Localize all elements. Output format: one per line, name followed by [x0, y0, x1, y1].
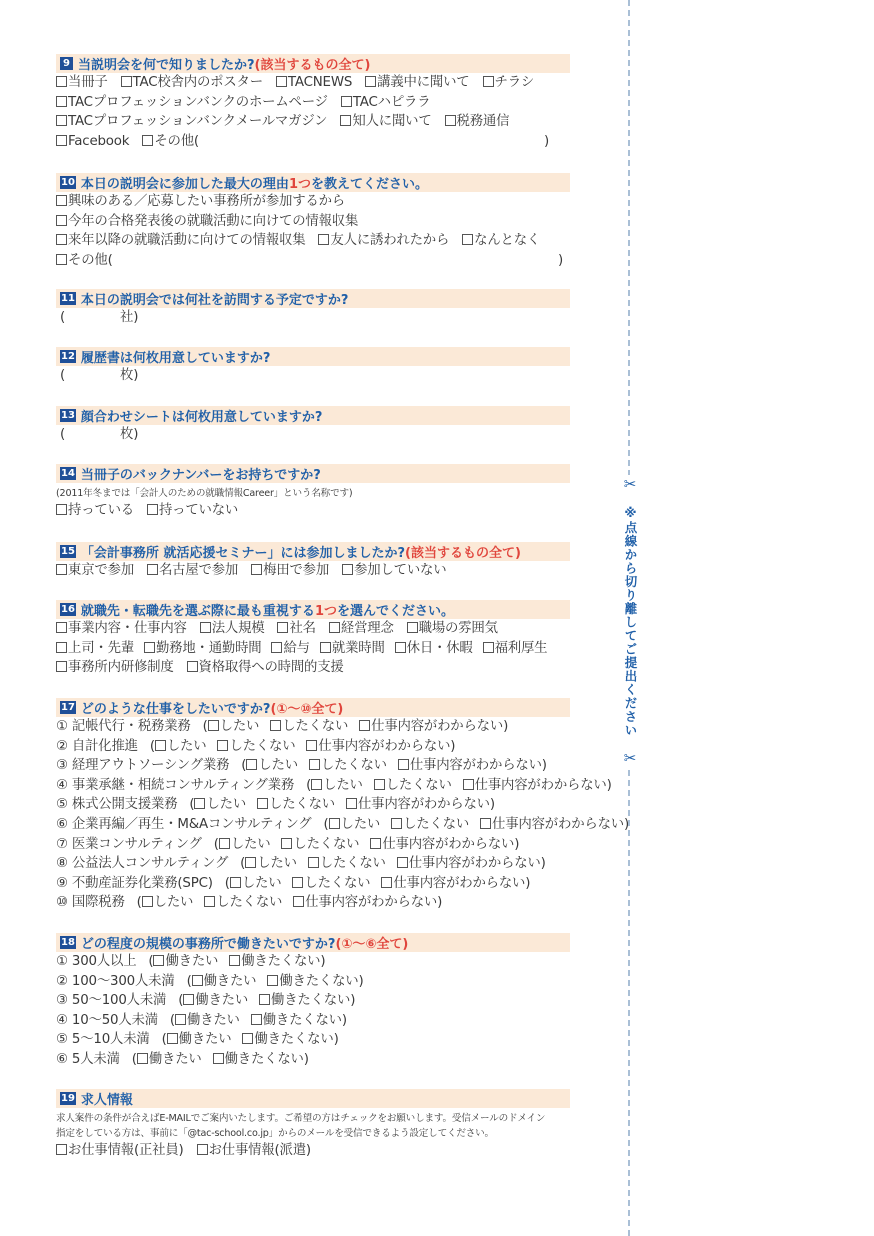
checkbox-option[interactable]: 仕事内容がわからない — [381, 876, 525, 891]
checkbox[interactable] — [56, 234, 67, 245]
question-title: 当説明会を何で知りましたか? — [78, 54, 255, 73]
checkbox[interactable] — [270, 720, 281, 731]
checkbox[interactable] — [318, 234, 329, 245]
checkbox-option[interactable]: 仕事内容がわからない — [293, 895, 437, 910]
checkbox-option[interactable]: したくない — [217, 739, 295, 754]
checkbox-option[interactable]: 仕事内容がわからない — [463, 778, 607, 793]
checkbox[interactable] — [142, 896, 153, 907]
checkbox[interactable] — [463, 779, 474, 790]
question-note: (2011年冬までは「会計人のための就職情報Career」という名称です) — [56, 486, 570, 501]
checkbox-option[interactable]: 就業時間 — [320, 641, 385, 656]
question-title-end: を教えてください。 — [311, 173, 428, 192]
checkbox-option[interactable]: 働きたくない — [267, 974, 358, 989]
question-number: 14 — [60, 467, 76, 480]
checkbox[interactable] — [56, 195, 67, 206]
checkbox-option[interactable]: 参加していない — [342, 563, 446, 578]
option-row: その他( ) — [56, 251, 570, 271]
rating-row: ⑧ 公益法人コンサルティング(したいしたくない仕事内容がわからない) — [56, 854, 570, 874]
checkbox[interactable] — [292, 877, 303, 888]
item-mark: ⑥ — [56, 817, 68, 832]
checkbox-option[interactable]: 来年以降の就職活動に向けての情報収集 — [56, 233, 305, 248]
item-mark: ⑦ — [56, 837, 68, 852]
item-label: 事業承継・相続コンサルティング業務 — [72, 778, 294, 793]
rating-row: ② 100〜300人未満(働きたい働きたくない) — [56, 972, 570, 992]
item-label: 株式公開支援業務 — [72, 797, 178, 812]
option-row: 興味のある／応募したい事務所が参加するから — [56, 192, 570, 212]
checkbox[interactable] — [219, 838, 230, 849]
checkbox[interactable] — [147, 564, 158, 575]
rating-row: ④ 10〜50人未満(働きたい働きたくない) — [56, 1011, 570, 1031]
checkbox[interactable] — [142, 135, 153, 146]
question-title: 顔合わせシートは何枚用意していますか? — [81, 406, 323, 425]
checkbox-option[interactable]: なんとなく — [462, 233, 540, 248]
checkbox[interactable] — [480, 818, 491, 829]
answer-field[interactable]: ( 社) — [56, 308, 570, 328]
rating-rows: ① 300人以上(働きたい働きたくない)② 100〜300人未満(働きたい働きた… — [56, 952, 570, 1070]
question-header: 11 本日の説明会では何社を訪問する予定ですか? — [56, 289, 570, 308]
checkbox-option[interactable]: 持っていない — [147, 503, 238, 518]
checkbox[interactable] — [144, 642, 155, 653]
question-13: 13 顔合わせシートは何枚用意していますか? ( 枚) — [56, 406, 570, 445]
question-number: 16 — [60, 603, 76, 616]
item-mark: ⑤ — [56, 797, 68, 812]
checkbox[interactable] — [187, 661, 198, 672]
checkbox-option[interactable]: したくない — [204, 895, 282, 910]
question-number: 9 — [60, 57, 73, 70]
question-title-emphasis: 1つ — [315, 600, 337, 619]
item-label: 100〜300人未満 — [72, 974, 175, 989]
checkbox[interactable] — [267, 975, 278, 986]
checkbox-option[interactable]: したくない — [292, 876, 370, 891]
scissors-icon: ✂ — [619, 475, 641, 493]
checkbox-option[interactable]: 休日・休暇 — [395, 641, 473, 656]
checkbox-option[interactable]: 仕事内容がわからない — [480, 817, 624, 832]
checkbox[interactable] — [483, 76, 494, 87]
checkbox-option[interactable]: 働きたくない — [251, 1013, 342, 1028]
checkbox[interactable] — [340, 115, 351, 126]
checkbox-option[interactable]: 働きたくない — [229, 954, 320, 969]
option-row: TACプロフェッションバンクのホームページTACハピララ — [56, 93, 570, 113]
checkbox-option[interactable]: 仕事内容がわからない — [398, 758, 542, 773]
question-note: 求人案件の条件が合えばE-MAILでご案内いたします。ご希望の方はチェックをお願… — [56, 1111, 570, 1126]
checkbox-option[interactable]: TACハピララ — [341, 95, 431, 110]
question-10: 10 本日の説明会に参加した最大の理由1つを教えてください。 興味のある／応募し… — [56, 173, 570, 270]
item-label: 医業コンサルティング — [72, 837, 202, 852]
checkbox-option[interactable]: したい — [245, 856, 297, 871]
checkbox-option[interactable]: 働きたくない — [213, 1052, 304, 1067]
question-header: 16 就職先・転職先を選ぶ際に最も重視する1つを選んでください。 — [56, 600, 570, 619]
checkbox[interactable] — [320, 642, 331, 653]
option-row: 今年の合格発表後の就職活動に向けての情報収集 — [56, 212, 570, 232]
checkbox-option[interactable]: 仕事内容がわからない — [346, 797, 490, 812]
checkbox-option[interactable]: 働きたい — [167, 1032, 232, 1047]
checkbox-option[interactable]: 知人に聞いて — [340, 114, 431, 129]
checkbox[interactable] — [56, 115, 67, 126]
question-header: 12 履歴書は何枚用意していますか? — [56, 347, 570, 366]
checkbox[interactable] — [200, 622, 211, 633]
question-15: 15 「会計事務所 就活応援セミナー」には参加しましたか? (該当するもの全て)… — [56, 542, 570, 581]
checkbox[interactable] — [192, 975, 203, 986]
checkbox-option[interactable]: 講義中に聞いて — [365, 75, 469, 90]
checkbox-option[interactable]: 東京で参加 — [56, 563, 134, 578]
checkbox-option[interactable]: 仕事内容がわからない — [306, 739, 450, 754]
checkbox-option[interactable]: したい — [208, 719, 260, 734]
item-mark: ⑩ — [56, 895, 68, 910]
checkbox-option[interactable]: 事業内容・仕事内容 — [56, 621, 187, 636]
checkbox[interactable] — [329, 622, 340, 633]
rating-row: ③ 経理アウトソーシング業務(したいしたくない仕事内容がわからない) — [56, 756, 570, 776]
checkbox[interactable] — [329, 818, 340, 829]
option-row: 持っている持っていない — [56, 501, 570, 521]
checkbox-option[interactable]: したい — [311, 778, 363, 793]
question-title-emphasis: 1つ — [289, 173, 311, 192]
rating-row: ⑩ 国際税務(したいしたくない仕事内容がわからない) — [56, 893, 570, 913]
question-number: 18 — [60, 936, 76, 949]
rating-row: ⑥ 企業再編／再生・M&Aコンサルティング(したいしたくない仕事内容がわからない… — [56, 815, 570, 835]
checkbox[interactable] — [147, 504, 158, 515]
checkbox[interactable] — [56, 622, 67, 633]
cut-instruction: ✂ ※点線から切り離してご提出ください ✂ — [619, 475, 641, 767]
question-11: 11 本日の説明会では何社を訪問する予定ですか? ( 社) — [56, 289, 570, 328]
checkbox-option[interactable]: 福利厚生 — [483, 641, 548, 656]
checkbox-option[interactable]: Facebook — [56, 134, 129, 149]
option-row: Facebookその他( ) — [56, 132, 570, 152]
checkbox-option[interactable]: 社名 — [277, 621, 315, 636]
item-label: 経理アウトソーシング業務 — [72, 758, 229, 773]
question-number: 13 — [60, 409, 76, 422]
checkbox[interactable] — [271, 642, 282, 653]
checkbox-option[interactable]: したくない — [391, 817, 469, 832]
question-header: 9 当説明会を何で知りましたか? (該当するもの全て) — [56, 54, 570, 73]
checkbox[interactable] — [374, 779, 385, 790]
question-note: (該当するもの全て) — [255, 54, 371, 73]
item-label: 企業再編／再生・M&Aコンサルティング — [72, 817, 312, 832]
question-header: 10 本日の説明会に参加した最大の理由1つを教えてください。 — [56, 173, 570, 192]
question-header: 13 顔合わせシートは何枚用意していますか? — [56, 406, 570, 425]
checkbox[interactable] — [121, 76, 132, 87]
checkbox-option[interactable]: 上司・先輩 — [56, 641, 134, 656]
question-19: 19 求人情報 求人案件の条件が合えばE-MAILでご案内いたします。ご希望の方… — [56, 1089, 570, 1161]
option-row: 上司・先輩勤務地・通勤時間給与就業時間休日・休暇福利厚生 — [56, 639, 570, 659]
rating-row: ③ 50〜100人未満(働きたい働きたくない) — [56, 991, 570, 1011]
checkbox[interactable] — [251, 1014, 262, 1025]
checkbox-option[interactable]: TACNEWS — [276, 75, 352, 90]
checkbox-option[interactable]: 職場の雰囲気 — [407, 621, 498, 636]
item-mark: ② — [56, 739, 68, 754]
checkbox-option[interactable]: チラシ — [483, 75, 535, 90]
checkbox-option[interactable]: 働きたくない — [242, 1032, 333, 1047]
checkbox-option[interactable]: したい — [230, 876, 282, 891]
checkbox[interactable] — [183, 994, 194, 1005]
checkbox[interactable] — [251, 564, 262, 575]
cut-instruction-text: ※点線から切り離してご提出ください — [619, 505, 641, 737]
option-row: 来年以降の就職活動に向けての情報収集友人に誘われたからなんとなく — [56, 231, 570, 251]
checkbox[interactable] — [308, 857, 319, 868]
item-mark: ⑥ — [56, 1052, 68, 1067]
item-mark: ① — [56, 719, 68, 734]
checkbox[interactable] — [137, 1053, 148, 1064]
checkbox[interactable] — [391, 818, 402, 829]
question-header: 17 どのような仕事をしたいですか? (①〜⑩全て) — [56, 698, 570, 717]
checkbox[interactable] — [230, 877, 241, 888]
checkbox[interactable] — [56, 96, 67, 107]
item-mark: ③ — [56, 993, 68, 1008]
question-header: 14 当冊子のバックナンバーをお持ちですか? — [56, 464, 570, 483]
checkbox-option[interactable]: 働きたい — [175, 1013, 240, 1028]
question-number: 11 — [60, 292, 76, 305]
checkbox[interactable] — [56, 504, 67, 515]
rating-row: ① 記帳代行・税務業務(したいしたくない仕事内容がわからない) — [56, 717, 570, 737]
item-mark: ⑤ — [56, 1032, 68, 1047]
rating-row: ⑨ 不動産証券化業務(SPC)(したいしたくない仕事内容がわからない) — [56, 874, 570, 894]
checkbox-option[interactable]: 今年の合格発表後の就職活動に向けての情報収集 — [56, 214, 358, 229]
item-label: 10〜50人未満 — [72, 1013, 158, 1028]
checkbox-option[interactable]: 仕事内容がわからない — [370, 837, 514, 852]
checkbox-option[interactable]: お仕事情報(派遣) — [197, 1143, 311, 1158]
item-mark: ④ — [56, 1013, 68, 1028]
item-label: 5〜10人未満 — [72, 1032, 150, 1047]
checkbox-option[interactable]: したい — [142, 895, 194, 910]
option-row: 東京で参加名古屋で参加梅田で参加参加していない — [56, 561, 570, 581]
question-note: 指定をしている方は、事前に「@tac-school.co.jp」からのメールを受… — [56, 1126, 570, 1141]
question-title-end: を選んでください。 — [337, 600, 454, 619]
checkbox-option[interactable]: 勤務地・通勤時間 — [144, 641, 262, 656]
question-title: 本日の説明会に参加した最大の理由 — [81, 173, 289, 192]
checkbox[interactable] — [197, 1144, 208, 1155]
checkbox-option[interactable]: 友人に誘われたから — [318, 233, 449, 248]
question-header: 19 求人情報 — [56, 1089, 570, 1108]
checkbox-option[interactable]: したくない — [281, 837, 359, 852]
option-row: TACプロフェッションバンクメールマガジン知人に聞いて税務通信 — [56, 112, 570, 132]
checkbox-option[interactable]: 仕事内容がわからない — [397, 856, 541, 871]
rating-row: ⑤ 5〜10人未満(働きたい働きたくない) — [56, 1030, 570, 1050]
item-mark: ⑧ — [56, 856, 68, 871]
checkbox-option[interactable]: 税務通信 — [445, 114, 510, 129]
checkbox[interactable] — [229, 955, 240, 966]
checkbox[interactable] — [175, 1014, 186, 1025]
other-close-paren: ) — [544, 132, 549, 152]
checkbox-option[interactable]: 働きたい — [183, 993, 248, 1008]
item-label: 不動産証券化業務(SPC) — [72, 876, 213, 891]
question-title: 就職先・転職先を選ぶ際に最も重視する — [81, 600, 315, 619]
checkbox[interactable] — [306, 740, 317, 751]
checkbox-option[interactable]: TACプロフェッションバンクメールマガジン — [56, 114, 327, 129]
checkbox-option[interactable]: したくない — [309, 758, 387, 773]
checkbox[interactable] — [56, 1144, 67, 1155]
item-label: 国際税務 — [72, 895, 125, 910]
question-note: (該当するもの全て) — [405, 542, 521, 561]
question-note: (①〜⑩全て) — [270, 698, 343, 717]
checkbox-option[interactable]: 給与 — [271, 641, 309, 656]
question-title: 「会計事務所 就活応援セミナー」には参加しましたか? — [81, 542, 405, 561]
checkbox-option[interactable]: 名古屋で参加 — [147, 563, 238, 578]
item-label: 5人未満 — [72, 1052, 120, 1067]
checkbox[interactable] — [398, 759, 409, 770]
checkbox-option[interactable]: TACプロフェッションバンクのホームページ — [56, 95, 328, 110]
rating-row: ① 300人以上(働きたい働きたくない) — [56, 952, 570, 972]
option-row: お仕事情報(正社員)お仕事情報(派遣) — [56, 1141, 570, 1161]
item-mark: ② — [56, 974, 68, 989]
checkbox-option[interactable]: したくない — [308, 856, 386, 871]
checkbox[interactable] — [483, 642, 494, 653]
checkbox[interactable] — [445, 115, 456, 126]
checkbox[interactable] — [281, 838, 292, 849]
item-mark: ① — [56, 954, 68, 969]
rating-row: ⑦ 医業コンサルティング(したいしたくない仕事内容がわからない) — [56, 835, 570, 855]
checkbox-option[interactable]: 働きたくない — [259, 993, 350, 1008]
option-row: 事業内容・仕事内容法人規模社名経営理念職場の雰囲気 — [56, 619, 570, 639]
checkbox[interactable] — [309, 759, 320, 770]
question-title: どのような仕事をしたいですか? — [81, 698, 271, 717]
item-mark: ④ — [56, 778, 68, 793]
checkbox-option[interactable]: 資格取得への時間的支援 — [187, 660, 344, 675]
checkbox-option[interactable]: したくない — [374, 778, 452, 793]
checkbox-option[interactable]: 働きたい — [137, 1052, 202, 1067]
checkbox[interactable] — [407, 622, 418, 633]
question-number: 12 — [60, 350, 76, 363]
checkbox-option[interactable]: TAC校舎内のポスター — [121, 75, 263, 90]
checkbox-option[interactable]: したくない — [257, 797, 335, 812]
option-row: 当冊子TAC校舎内のポスターTACNEWS講義中に聞いてチラシ — [56, 73, 570, 93]
checkbox-option[interactable]: 興味のある／応募したい事務所が参加するから — [56, 194, 345, 209]
checkbox-option[interactable]: 経営理念 — [329, 621, 394, 636]
checkbox[interactable] — [397, 857, 408, 868]
question-number: 17 — [60, 701, 76, 714]
checkbox[interactable] — [346, 798, 357, 809]
checkbox-option[interactable]: 事務所内研修制度 — [56, 660, 174, 675]
question-16: 16 就職先・転職先を選ぶ際に最も重視する1つを選んでください。 事業内容・仕事… — [56, 600, 570, 678]
checkbox[interactable] — [365, 76, 376, 87]
question-note: (①〜⑥全て) — [335, 933, 408, 952]
question-9: 9 当説明会を何で知りましたか? (該当するもの全て) 当冊子TAC校舎内のポス… — [56, 54, 570, 151]
question-18: 18 どの程度の規模の事務所で働きたいですか? (①〜⑥全て) ① 300人以上… — [56, 933, 570, 1070]
checkbox-option[interactable]: 持っている — [56, 503, 134, 518]
rating-row: ② 自計化推進(したいしたくない仕事内容がわからない) — [56, 737, 570, 757]
item-label: 300人以上 — [72, 954, 137, 969]
question-number: 10 — [60, 176, 76, 189]
checkbox-option[interactable]: したい — [155, 739, 207, 754]
checkbox[interactable] — [204, 896, 215, 907]
scissors-icon: ✂ — [619, 749, 641, 767]
checkbox[interactable] — [56, 254, 67, 265]
checkbox[interactable] — [56, 135, 67, 146]
question-title: どの程度の規模の事務所で働きたいですか? — [81, 933, 336, 952]
checkbox-option[interactable]: したい — [329, 817, 381, 832]
item-label: 記帳代行・税務業務 — [72, 719, 191, 734]
checkbox[interactable] — [246, 759, 257, 770]
checkbox[interactable] — [277, 622, 288, 633]
checkbox-option[interactable]: 法人規模 — [200, 621, 265, 636]
answer-field[interactable]: ( 枚) — [56, 425, 570, 445]
checkbox[interactable] — [242, 1033, 253, 1044]
checkbox[interactable] — [462, 234, 473, 245]
checkbox-option[interactable]: 当冊子 — [56, 75, 108, 90]
checkbox[interactable] — [381, 877, 392, 888]
checkbox[interactable] — [359, 720, 370, 731]
checkbox-option[interactable]: したい — [194, 797, 246, 812]
checkbox[interactable] — [311, 779, 322, 790]
question-number: 19 — [60, 1092, 76, 1105]
checkbox[interactable] — [208, 720, 219, 731]
checkbox-option[interactable]: したい — [219, 837, 271, 852]
checkbox[interactable] — [257, 798, 268, 809]
checkbox[interactable] — [342, 564, 353, 575]
option-row: 事務所内研修制度資格取得への時間的支援 — [56, 658, 570, 678]
rating-row: ⑤ 株式公開支援業務(したいしたくない仕事内容がわからない) — [56, 795, 570, 815]
checkbox[interactable] — [395, 642, 406, 653]
item-mark: ⑨ — [56, 876, 68, 891]
checkbox[interactable] — [155, 740, 166, 751]
item-mark: ③ — [56, 758, 68, 773]
item-label: 公益法人コンサルティング — [72, 856, 228, 871]
checkbox-option-other[interactable]: その他( — [142, 134, 199, 149]
checkbox-option[interactable]: 仕事内容がわからない — [359, 719, 503, 734]
question-header: 15 「会計事務所 就活応援セミナー」には参加しましたか? (該当するもの全て) — [56, 542, 570, 561]
question-title: 履歴書は何枚用意していますか? — [81, 347, 271, 366]
checkbox[interactable] — [293, 896, 304, 907]
checkbox[interactable] — [153, 955, 164, 966]
answer-field[interactable]: ( 枚) — [56, 366, 570, 386]
checkbox[interactable] — [56, 76, 67, 87]
checkbox-option[interactable]: 働きたい — [153, 954, 218, 969]
checkbox-option[interactable]: 梅田で参加 — [251, 563, 329, 578]
checkbox[interactable] — [56, 564, 67, 575]
checkbox[interactable] — [56, 642, 67, 653]
question-14: 14 当冊子のバックナンバーをお持ちですか? (2011年冬までは「会計人のため… — [56, 464, 570, 521]
checkbox[interactable] — [167, 1033, 178, 1044]
question-title: 本日の説明会では何社を訪問する予定ですか? — [81, 289, 349, 308]
checkbox[interactable] — [213, 1053, 224, 1064]
checkbox-option[interactable]: したい — [246, 758, 298, 773]
checkbox[interactable] — [194, 798, 205, 809]
rating-row: ⑥ 5人未満(働きたい働きたくない) — [56, 1050, 570, 1070]
checkbox-option[interactable]: 働きたい — [192, 974, 257, 989]
checkbox[interactable] — [341, 96, 352, 107]
checkbox-option[interactable]: お仕事情報(正社員) — [56, 1143, 184, 1158]
item-label: 50〜100人未満 — [72, 993, 166, 1008]
question-12: 12 履歴書は何枚用意していますか? ( 枚) — [56, 347, 570, 386]
checkbox[interactable] — [56, 661, 67, 672]
checkbox[interactable] — [370, 838, 381, 849]
question-number: 15 — [60, 545, 76, 558]
rating-rows: ① 記帳代行・税務業務(したいしたくない仕事内容がわからない)② 自計化推進(し… — [56, 717, 570, 913]
checkbox[interactable] — [245, 857, 256, 868]
item-label: 自計化推進 — [72, 739, 138, 754]
checkbox-option-other[interactable]: その他( — [56, 253, 113, 268]
question-title: 求人情報 — [81, 1089, 133, 1108]
other-close-paren: ) — [558, 251, 563, 271]
checkbox[interactable] — [276, 76, 287, 87]
checkbox[interactable] — [217, 740, 228, 751]
checkbox-option[interactable]: したくない — [270, 719, 348, 734]
checkbox[interactable] — [56, 215, 67, 226]
checkbox[interactable] — [259, 994, 270, 1005]
question-header: 18 どの程度の規模の事務所で働きたいですか? (①〜⑥全て) — [56, 933, 570, 952]
question-17: 17 どのような仕事をしたいですか? (①〜⑩全て) ① 記帳代行・税務業務(し… — [56, 698, 570, 913]
rating-row: ④ 事業承継・相続コンサルティング業務(したいしたくない仕事内容がわからない) — [56, 776, 570, 796]
question-title: 当冊子のバックナンバーをお持ちですか? — [81, 464, 321, 483]
